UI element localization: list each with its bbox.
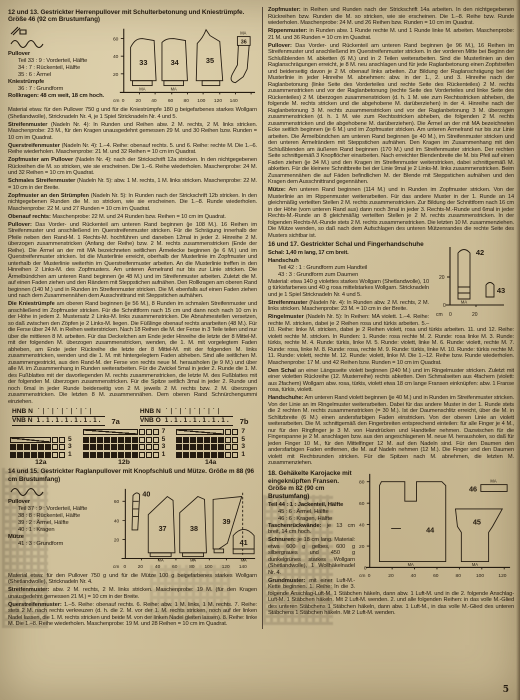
svg-text:40: 40	[151, 99, 157, 105]
open-stitch-cell	[52, 437, 58, 443]
filled-stitch-cell	[31, 444, 37, 450]
svg-text:40: 40	[359, 523, 365, 529]
piece-line: 38 : 8 : Rückenteil, Hälfte	[8, 513, 112, 520]
paragraph: Rippenmuster: in Runden abw. 1 Runde rec…	[268, 28, 514, 41]
svg-text:0: 0	[123, 564, 126, 570]
filled-stitch-cell	[190, 444, 196, 450]
filled-stitch-cell	[204, 452, 210, 458]
svg-text:60: 60	[114, 499, 120, 505]
filled-stitch-cell	[111, 444, 117, 450]
pieces-group-title: Mütze	[8, 534, 112, 541]
filled-stitch-cell	[125, 437, 131, 443]
left-column: 12 und 13. Gestrickter Herrenpullover mi…	[8, 7, 263, 629]
filled-stitch-cell	[90, 437, 96, 443]
svg-text:120: 120	[214, 99, 222, 105]
pieces-group-title: Pullover	[8, 499, 112, 506]
section-18: 80 60 40 20 0 cm 0 20 40 60 80 100	[268, 470, 514, 618]
filled-stitch-cell	[104, 437, 110, 443]
legend-tag-7a: 7a	[112, 417, 120, 426]
pieces-panel-12: PulloverTeil 33 : 9 : Vorderteil, Hälfte…	[8, 25, 112, 105]
svg-text:MA: MA	[139, 87, 145, 92]
y-axis-labels: 60 40 20	[113, 37, 119, 78]
page-number: 5	[503, 685, 509, 695]
figure-14: PulloverTeil 37 : 9 : Vorderteil, Hälfte…	[8, 485, 257, 571]
filled-stitch-cell	[104, 452, 110, 458]
piece-line: Teil 33 : 9 : Vorderteil, Hälfte	[8, 58, 112, 65]
chart-row: 5	[10, 437, 72, 443]
paragraph: Querstreifenmuster (Nadeln Nr. 4): 1.–4.…	[8, 143, 257, 156]
filled-stitch-cell	[83, 437, 89, 443]
paragraph: Schmales Streifenmuster (Nadeln Nr. 5): …	[8, 178, 257, 191]
paragraph: Pullover: Das Vorder- und Rückenteil am …	[268, 43, 514, 186]
text-block-12: Material etwa: für den Pullover 750 g un…	[8, 107, 257, 405]
row-number: 7	[162, 429, 166, 435]
filled-stitch-cell	[10, 452, 16, 458]
x-axis-labels: cm 0 20 40 60 80 100 120 140	[113, 564, 247, 570]
filled-stitch-cell	[24, 444, 30, 450]
open-stitch-cell	[232, 429, 238, 435]
schnitt-diagramm-karojacke-18: 80 60 40 20 0 cm 0 20 40 60 80 100	[358, 470, 514, 585]
row-number: 1	[162, 452, 166, 458]
open-stitch-cell	[232, 444, 238, 450]
svg-text:80: 80	[184, 99, 190, 105]
filled-stitch-cell	[17, 452, 23, 458]
text-block-14: Material etwa: für den Pullover 750 g un…	[8, 573, 257, 628]
open-stitch-cell	[146, 452, 152, 458]
piece-number-40: 40	[142, 490, 150, 498]
svg-text:120: 120	[222, 564, 230, 570]
chart-row: 3	[176, 444, 245, 450]
svg-text:0: 0	[122, 99, 125, 105]
x-axis-labels: cm 0 20	[436, 312, 478, 318]
pieces-list-12: PulloverTeil 33 : 9 : Vorderteil, Hälfte…	[8, 51, 112, 100]
svg-text:20: 20	[114, 537, 120, 543]
filled-stitch-cell	[125, 444, 131, 450]
svg-text:20: 20	[113, 72, 119, 78]
filled-stitch-cell	[31, 452, 37, 458]
open-stitch-cell	[59, 437, 65, 443]
svg-text:20: 20	[472, 312, 478, 318]
row-number: 1	[68, 452, 72, 458]
paragraph: Streifenmuster: abw. 2 M. rechts, 2 M. l…	[8, 587, 257, 600]
svg-text:cm: cm	[436, 312, 443, 318]
open-stitch-cell	[139, 429, 145, 435]
svg-text:0: 0	[368, 574, 371, 580]
pieces-group-title: Kniestrümpfe	[8, 79, 112, 86]
svg-text:60: 60	[433, 574, 439, 580]
pieces-group-title: Rollkragen: 48 cm weit, 18 cm hoch.	[8, 93, 112, 100]
filled-stitch-cell	[38, 452, 44, 458]
filled-stitch-cell	[190, 452, 196, 458]
chart-row: 7	[176, 429, 245, 435]
chart-row: 1	[83, 452, 166, 458]
svg-text:60: 60	[172, 564, 178, 570]
filled-stitch-cell	[83, 444, 89, 450]
paragraph: Handschuhe: Am unteren Rand violett begi…	[268, 395, 514, 467]
piece-number-34: 34	[171, 58, 180, 67]
piece-line: 36 : 7 : Grundform	[8, 86, 112, 93]
row-number: 5	[68, 437, 72, 443]
svg-text:140: 140	[230, 99, 238, 105]
piece-line: 40 : 1 : Kragen	[8, 527, 112, 534]
paragraph: Pullover: Das Vorder- und Rückenteil am …	[8, 222, 257, 300]
schnitt-diagramm-pullover-12: 60 40 20 cm 0 20 40 60 80 100 120 1	[112, 25, 257, 105]
row-number: 7	[241, 429, 245, 435]
filled-stitch-cell	[90, 444, 96, 450]
legend-tag-7b: 7b	[240, 417, 249, 426]
svg-text:MA: MA	[190, 557, 196, 562]
section-heading-14-15: 14 und 15. Gestrickter Raglanpullover mi…	[8, 468, 257, 483]
paragraph: Material etwa: für den Pullover 750 g un…	[8, 573, 257, 586]
filled-stitch-cell	[111, 452, 117, 458]
section-heading-12-13: 12 und 13. Gestrickter Herrenpullover mi…	[8, 9, 257, 24]
filled-stitch-cell	[97, 437, 103, 443]
paragraph: Streifenmuster (Nadeln Nr. 4): In Runden…	[8, 122, 257, 142]
svg-text:MA: MA	[158, 557, 164, 562]
filled-stitch-cell	[211, 452, 217, 458]
open-stitch-cell	[139, 437, 145, 443]
chart-row: 3	[10, 444, 72, 450]
chart-row: 3	[83, 444, 166, 450]
strickschrift-14a: 753114a	[176, 429, 245, 466]
filled-stitch-cell	[183, 437, 189, 443]
filled-stitch-cell	[218, 452, 224, 458]
filled-stitch-cell	[132, 444, 138, 450]
row-number: 1	[241, 452, 245, 458]
strickschrift-12b: 753112b	[83, 429, 166, 466]
row-number: 5	[162, 437, 166, 443]
open-stitch-cell	[232, 437, 238, 443]
filled-stitch-cell	[38, 444, 44, 450]
section-16-17: 20 0 cm 0 20 MA 42 43 16 und 17. Gestri	[268, 241, 514, 468]
open-stitch-cell	[225, 429, 231, 435]
open-stitch-cell	[225, 437, 231, 443]
open-stitch-cell	[232, 452, 238, 458]
svg-text:20: 20	[359, 544, 365, 550]
svg-text:60: 60	[168, 99, 174, 105]
legend-7a: HNB N˙|˙|˙|˙|˙|˙| VNB N1.1.1.1.1.1.1.	[12, 408, 105, 426]
piece-number-38: 38	[190, 524, 198, 532]
filled-stitch-cell	[218, 444, 224, 450]
piece-number-37: 37	[159, 524, 167, 532]
open-stitch-cell	[52, 452, 58, 458]
filled-stitch-cell	[176, 452, 182, 458]
open-stitch-cell	[153, 429, 159, 435]
filled-stitch-cell	[176, 437, 182, 443]
filled-stitch-cell	[132, 437, 138, 443]
paragraph: Obenauf rechts: Maschenprobe: 22 M. und …	[8, 214, 257, 221]
figure-12: PulloverTeil 33 : 9 : Vorderteil, Hälfte…	[8, 25, 257, 105]
magazine-page: 12 und 13. Gestrickter Herrenpullover mi…	[0, 0, 520, 700]
open-stitch-cell	[59, 444, 65, 450]
filled-stitch-cell	[211, 444, 217, 450]
filled-stitch-cell	[83, 452, 89, 458]
nadelbett-legende: HNB N˙|˙|˙|˙|˙|˙| VNB N1.1.1.1.1.1.1. 7a…	[12, 408, 257, 426]
svg-text:80: 80	[455, 574, 461, 580]
yarn-squiggle-icon	[10, 486, 44, 497]
piece-number-35: 35	[206, 56, 214, 65]
svg-text:60: 60	[359, 501, 365, 507]
right-column: Zopfmuster: in Reihen und Runden nach de…	[268, 7, 514, 629]
filled-stitch-cell	[104, 444, 110, 450]
svg-text:MA: MA	[240, 31, 246, 36]
piece-number-39: 39	[222, 518, 230, 526]
filled-stitch-cell	[190, 437, 196, 443]
filled-stitch-cell	[118, 444, 124, 450]
chart-row: 5	[83, 437, 166, 443]
svg-text:100: 100	[205, 564, 213, 570]
piece-line: 41 : 3 : Grundform	[8, 541, 112, 548]
filled-stitch-cell	[97, 452, 103, 458]
chart-row: 7	[83, 429, 166, 435]
open-stitch-cell	[139, 444, 145, 450]
paragraph: Die Kniestrümpfe am oberen Rand beginnen…	[8, 301, 257, 405]
svg-text:120: 120	[498, 574, 506, 580]
filled-stitch-cell	[183, 444, 189, 450]
piece-number-44: 44	[426, 526, 435, 535]
filled-stitch-cell	[197, 444, 203, 450]
svg-text:MA: MA	[171, 87, 177, 92]
open-stitch-cell	[153, 444, 159, 450]
filled-stitch-cell	[45, 452, 51, 458]
svg-text:80: 80	[359, 480, 365, 486]
filled-stitch-cell	[45, 444, 51, 450]
x-axis-labels: cm 0 20 40 60 80 100 120	[359, 574, 507, 580]
open-stitch-cell	[225, 444, 231, 450]
knitting-needles-icon	[10, 26, 27, 36]
chart-label: 12a	[10, 459, 72, 466]
svg-text:cm: cm	[359, 575, 365, 580]
pieces-list-14: PulloverTeil 37 : 9 : Vorderteil, Hälfte…	[8, 499, 112, 548]
svg-text:0: 0	[449, 312, 452, 318]
piece-number-45: 45	[473, 518, 481, 527]
svg-text:140: 140	[239, 564, 247, 570]
svg-text:20: 20	[138, 564, 144, 570]
filled-stitch-cell	[204, 437, 210, 443]
legend-7b: HNB N˙|˙|˙|˙|˙|˙| VNB O1.1.1.1.1.1.1.	[140, 408, 233, 426]
svg-text:40: 40	[114, 518, 120, 524]
filled-stitch-cell	[125, 452, 131, 458]
svg-text:40: 40	[155, 564, 161, 570]
paragraph: Mütze: Am unteren Rand beginnen (114 M.)…	[268, 187, 514, 239]
svg-text:cm: cm	[113, 100, 120, 105]
filled-stitch-cell	[17, 444, 23, 450]
filled-stitch-cell	[10, 444, 16, 450]
paragraph: Zopfmuster: in Reihen und Runden nach de…	[268, 7, 514, 27]
paragraph: Querstreifenmuster: 1.–5. Reihe: obenauf…	[8, 602, 257, 628]
open-stitch-cell	[139, 452, 145, 458]
svg-text:MA: MA	[472, 562, 478, 567]
svg-text:100: 100	[197, 99, 205, 105]
filled-stitch-cell	[97, 444, 103, 450]
svg-text:MA: MA	[490, 479, 496, 484]
open-stitch-cell	[153, 437, 159, 443]
open-stitch-cell	[146, 444, 152, 450]
paragraph: Zopfmuster an den Strümpfen (Nadeln Nr. …	[8, 193, 257, 213]
filled-stitch-cell	[118, 437, 124, 443]
cable-cross-cell	[83, 429, 138, 435]
pieces-group-title: Pullover	[8, 51, 112, 58]
chart-row: 1	[176, 452, 245, 458]
y-axis-labels: 20 0	[439, 275, 446, 309]
pieces-panel-14: PulloverTeil 37 : 9 : Vorderteil, Hälfte…	[8, 485, 112, 571]
piece-number-43: 43	[497, 286, 505, 295]
chart-row: 5	[176, 437, 245, 443]
filled-stitch-cell	[218, 437, 224, 443]
filled-stitch-cell	[197, 437, 203, 443]
piece-line: 39 : 2 : Ärmel, Hälfte	[8, 520, 112, 527]
svg-text:MA: MA	[408, 562, 414, 567]
cable-cross-cell	[176, 429, 224, 435]
svg-text:20: 20	[388, 574, 394, 580]
yarn-squiggle-icon	[10, 38, 44, 49]
strickschrift-12a: 53112a	[10, 437, 72, 467]
filled-stitch-cell	[111, 437, 117, 443]
open-stitch-cell	[146, 429, 152, 435]
open-stitch-cell	[153, 452, 159, 458]
svg-text:MA: MA	[461, 300, 467, 305]
filled-stitch-cell	[211, 437, 217, 443]
y-axis-labels: 60 40 20	[114, 499, 120, 543]
paragraph: Material etwa: für den Pullover 750 g un…	[8, 107, 257, 120]
svg-text:40: 40	[113, 54, 119, 60]
open-stitch-cell	[52, 444, 58, 450]
filled-stitch-cell	[176, 444, 182, 450]
filled-stitch-cell	[197, 452, 203, 458]
svg-text:60: 60	[113, 37, 119, 43]
filled-stitch-cell	[24, 452, 30, 458]
piece-line: 35 : 6 : Ärmel	[8, 72, 112, 79]
piece-line: Teil 37 : 9 : Vorderteil, Hälfte	[8, 506, 112, 513]
filled-stitch-cell	[118, 452, 124, 458]
piece-number-33: 33	[139, 58, 147, 67]
chart-label: 14a	[176, 459, 245, 466]
filled-stitch-cell	[204, 444, 210, 450]
filled-stitch-cell	[90, 452, 96, 458]
paragraph: Den Schal an einer Längsseite violett be…	[268, 368, 514, 394]
open-stitch-cell	[225, 452, 231, 458]
row-number: 5	[241, 437, 245, 443]
chart-row: 1	[10, 452, 72, 458]
svg-text:80: 80	[189, 564, 195, 570]
svg-text:cm: cm	[113, 565, 119, 570]
schnitt-diagramm-handschuh-16: 20 0 cm 0 20 MA 42 43	[432, 241, 514, 323]
chart-label: 12b	[83, 459, 166, 466]
open-stitch-cell	[59, 452, 65, 458]
row-number: 3	[162, 444, 166, 450]
y-axis-labels: 80 60 40 20 0	[359, 480, 367, 572]
row-number: 3	[68, 444, 72, 450]
open-stitch-cell	[146, 437, 152, 443]
x-axis-labels: cm 0 20 40 60 80 100 120 140	[113, 99, 238, 105]
svg-text:100: 100	[476, 574, 484, 580]
piece-number-36: 36	[241, 40, 247, 46]
piece-number-42: 42	[476, 248, 484, 257]
svg-text:MA: MA	[241, 557, 247, 562]
svg-text:0: 0	[364, 566, 367, 572]
piece-number-41: 41	[240, 539, 248, 547]
text-block-14-right: Zopfmuster: in Reihen und Runden nach de…	[268, 7, 514, 239]
schnitt-diagramm-raglan-14: 60 40 20 cm 0 20 40 60 80 100 120 1	[112, 485, 257, 571]
cable-cross-cell	[10, 437, 51, 443]
svg-text:20: 20	[439, 275, 445, 281]
strickschrift-charts: 53112a753112b753114a	[10, 429, 257, 466]
svg-text:40: 40	[411, 574, 417, 580]
filled-stitch-cell	[183, 452, 189, 458]
svg-text:20: 20	[136, 99, 142, 105]
paragraph: Zopfmuster am Pullover (Nadeln Nr. 4): n…	[8, 157, 257, 177]
filled-stitch-cell	[132, 452, 138, 458]
piece-number-46: 46	[469, 485, 477, 494]
row-number: 3	[241, 444, 245, 450]
svg-text:0: 0	[443, 303, 446, 309]
